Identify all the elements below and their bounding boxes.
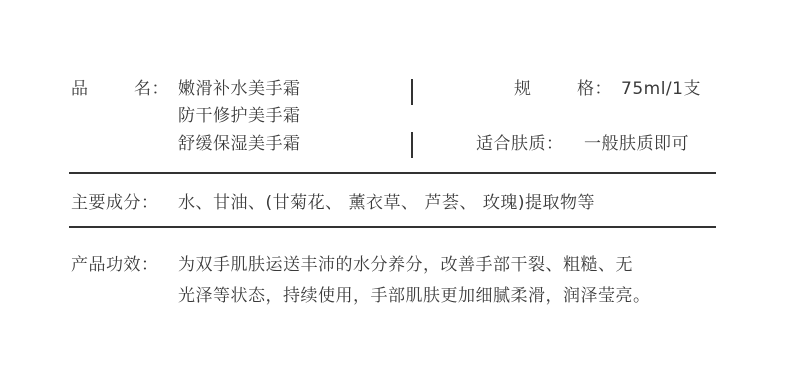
product-name-1: 嫩滑补水美手霜 [178,78,301,100]
effects-line-2: 光泽等状态，持续使用，手部肌肤更加细腻柔滑，润泽莹亮。 [178,285,651,307]
column-divider [411,132,413,158]
divider-line [69,172,716,174]
effects-label: 产品功效： [71,254,159,276]
ingredients-value: 水、甘油、(甘菊花、 薰衣草、 芦荟、 玫瑰)提取物等 [178,192,595,214]
column-divider [411,79,413,105]
size-value: 75ml/1支 [621,78,701,100]
divider-line [69,226,716,228]
ingredients-label: 主要成分： [71,192,159,214]
skin-type-value: 一般肤质即可 [584,133,689,155]
size-label-char1: 规 [514,78,532,100]
name-label-char1: 品 [71,78,89,100]
product-name-3: 舒缓保湿美手霜 [178,133,301,155]
skin-type-label: 适合肤质： [476,133,564,155]
name-label-char2: 名： [134,78,169,100]
effects-line-1: 为双手肌肤运送丰沛的水分养分，改善手部干裂、粗糙、无 [178,254,633,276]
product-name-2: 防干修护美手霜 [178,105,301,127]
size-label-char2: 格： [577,78,612,100]
